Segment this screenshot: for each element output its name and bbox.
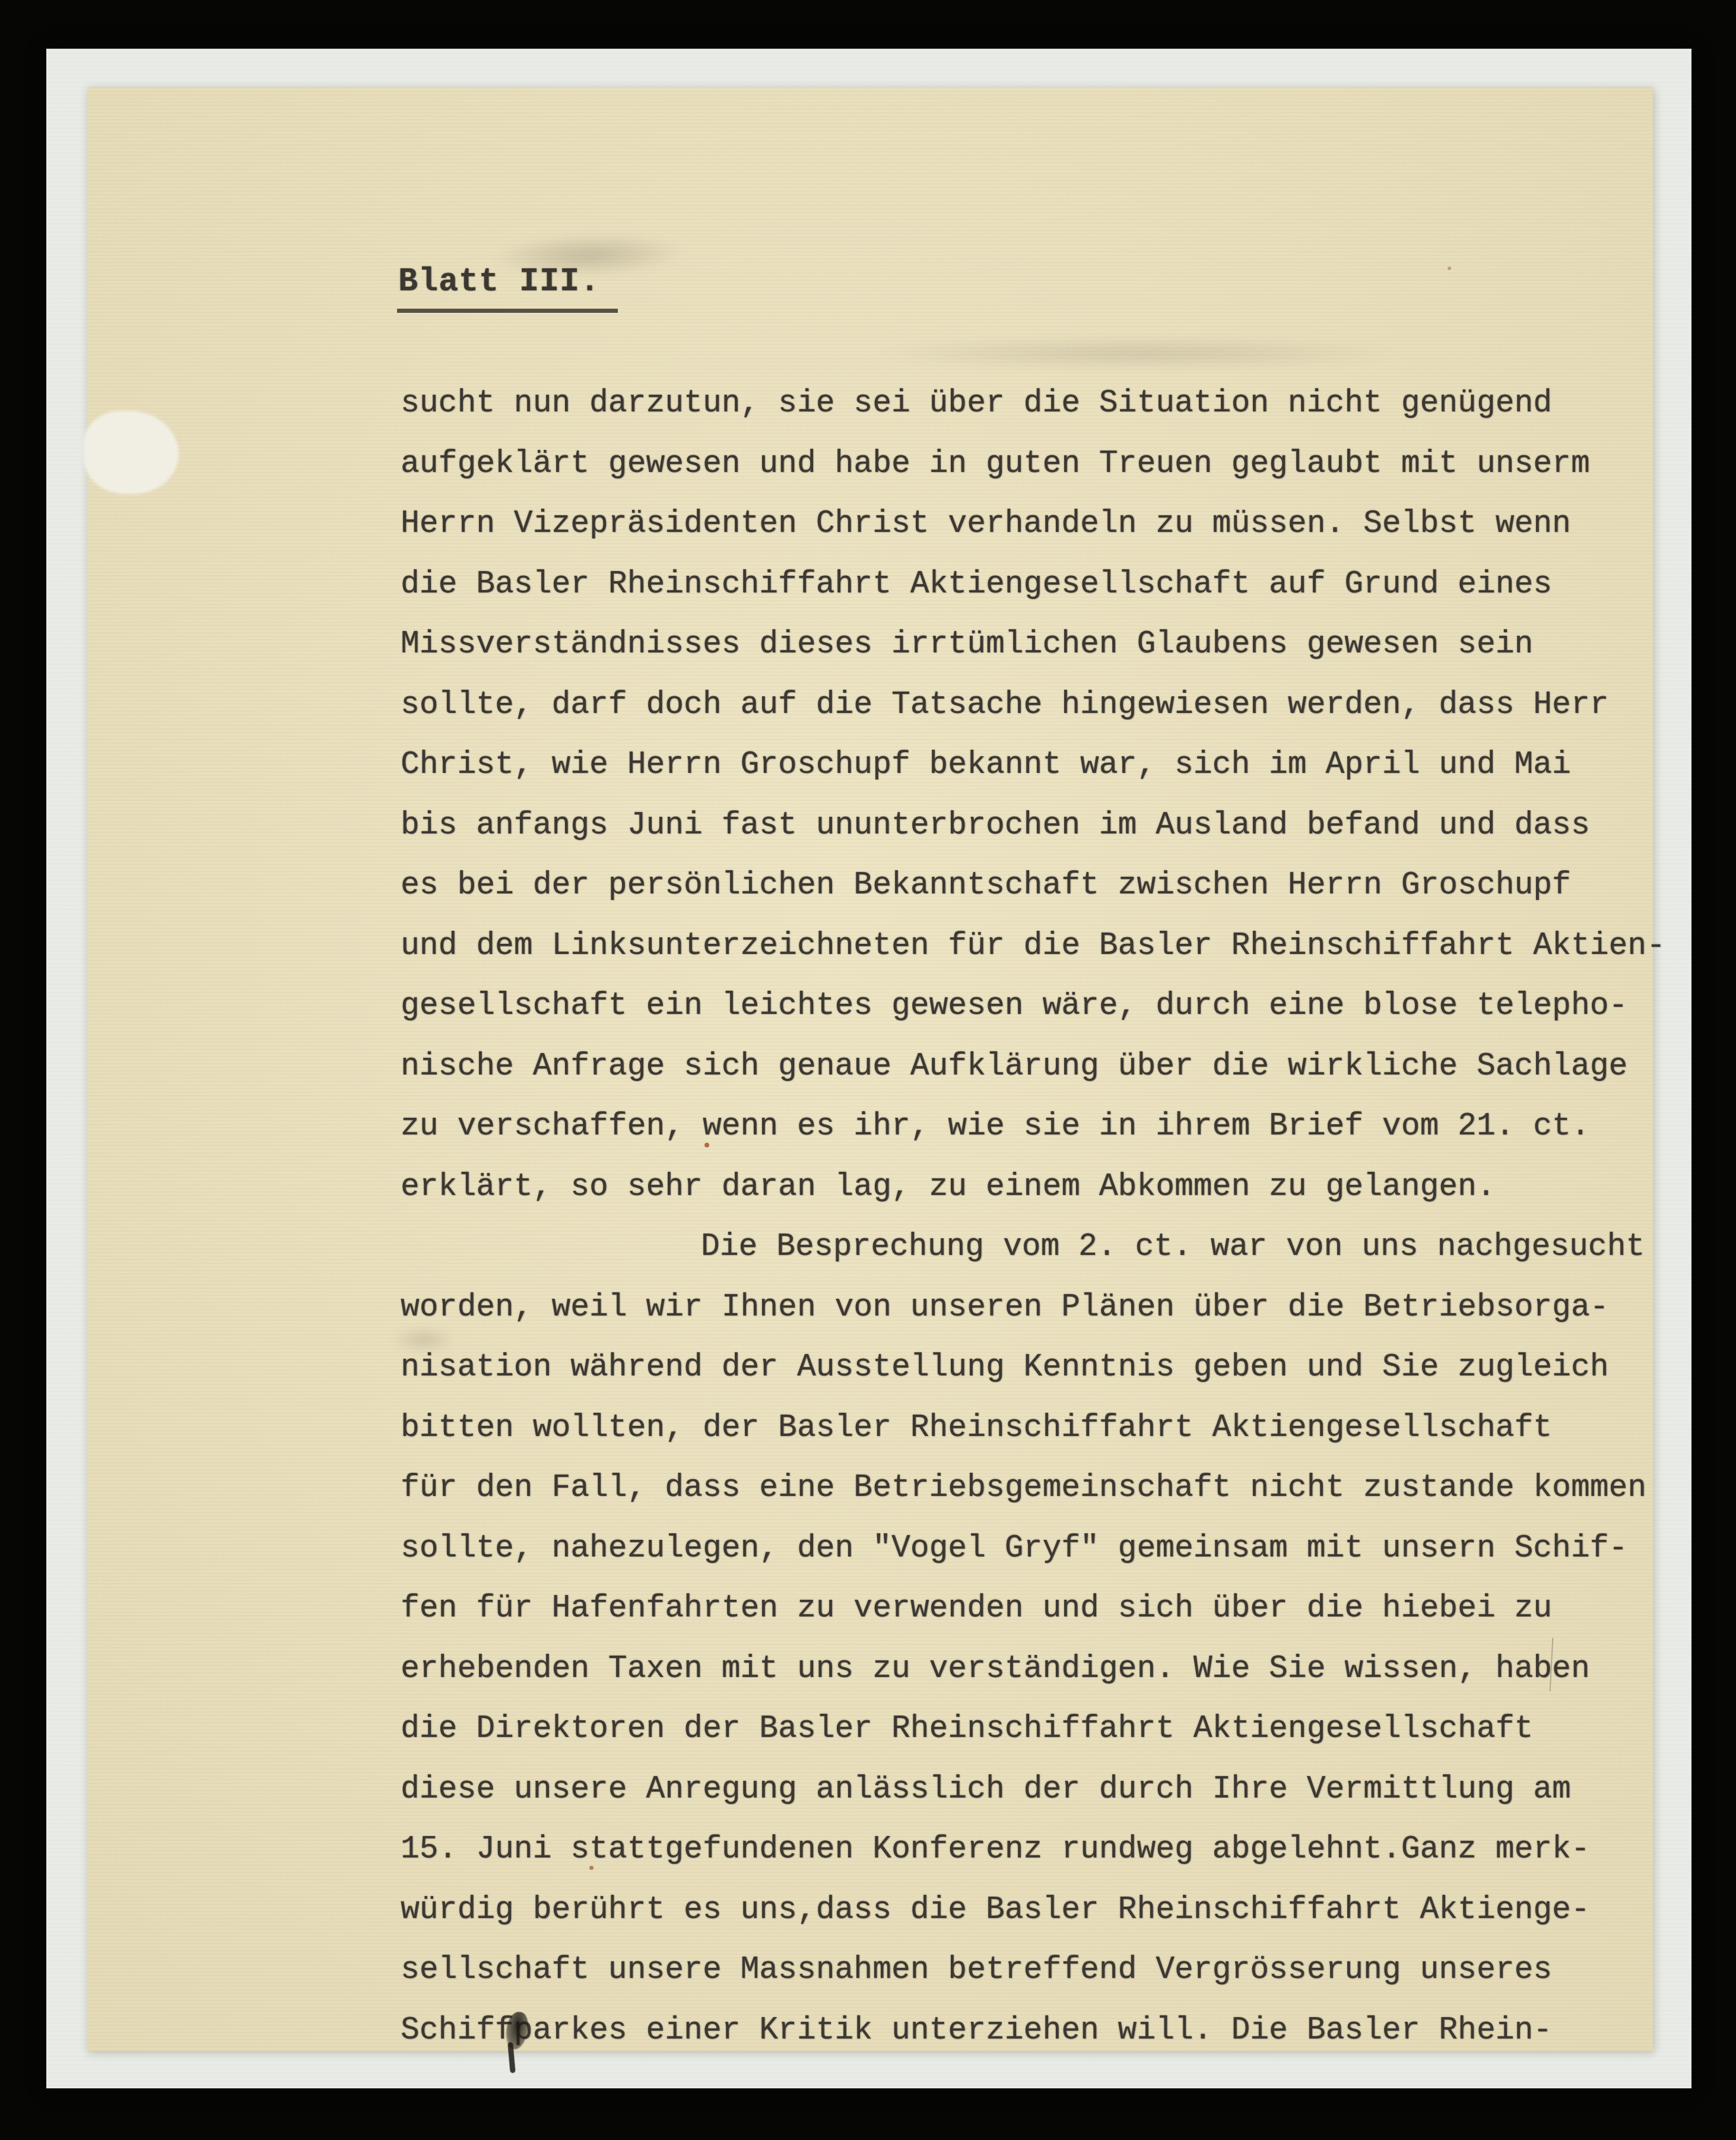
text-line: fen für Hafenfahrten zu verwenden und si… (401, 1578, 1665, 1639)
text-line: erhebenden Taxen mit uns zu verständigen… (401, 1639, 1665, 1700)
text-line: gesellschaft ein leichtes gewesen wäre, … (401, 976, 1665, 1036)
letter-page: Blatt III. sucht nun darzutun, sie sei ü… (87, 87, 1653, 2051)
text-line: nische Anfrage sich genaue Aufklärung üb… (401, 1036, 1665, 1097)
text-line: für den Fall, dass eine Betriebsgemeinsc… (401, 1458, 1665, 1518)
text-line: Missverständnisses dieses irrtümlichen G… (401, 614, 1665, 675)
text-line: und dem Linksunterzeichneten für die Bas… (401, 916, 1665, 977)
text-line: sollte, darf doch auf die Tatsache hinge… (401, 675, 1665, 735)
text-line: sucht nun darzutun, sie sei über die Sit… (401, 373, 1665, 434)
page-title: Blatt III. (397, 263, 618, 313)
text-line: bis anfangs Juni fast ununterbrochen im … (401, 795, 1665, 856)
text-line: Die Besprechung vom 2. ct. war von uns n… (401, 1217, 1665, 1277)
text-line: worden, weil wir Ihnen von unseren Pläne… (401, 1277, 1665, 1338)
text-line: nisation während der Ausstellung Kenntni… (401, 1337, 1665, 1398)
text-line: sellschaft unsere Massnahmen betreffend … (401, 1940, 1665, 2000)
text-line: die Direktoren der Basler Rheinschiffahr… (401, 1699, 1665, 1759)
backing-sheet: Blatt III. sucht nun darzutun, sie sei ü… (46, 49, 1691, 2088)
text-line: Schiffparkes einer Kritik unterziehen wi… (401, 2000, 1665, 2061)
text-line: es bei der persönlichen Bekanntschaft zw… (401, 855, 1665, 916)
text-line: sollte, nahezulegen, den "Vogel Gryf" ge… (401, 1518, 1665, 1579)
paper-damage-spot (84, 411, 179, 494)
text-line: Herrn Vizepräsidenten Christ verhandeln … (401, 494, 1665, 554)
rust-speck (1448, 267, 1451, 270)
ink-smudge (877, 337, 1399, 370)
text-line: zu verschaffen, wenn es ihr, wie sie in … (401, 1096, 1665, 1157)
text-line: aufgeklärt gewesen und habe in guten Tre… (401, 434, 1665, 494)
scan-canvas: { "palette": { "background": "#060605", … (0, 0, 1736, 2140)
text-line: bitten wollten, der Basler Rheinschiffah… (401, 1398, 1665, 1459)
text-line: würdig berührt es uns,dass die Basler Rh… (401, 1880, 1665, 1941)
text-line: Christ, wie Herrn Groschupf bekannt war,… (401, 735, 1665, 795)
text-line: die Basler Rheinschiffahrt Aktiengesells… (401, 554, 1665, 615)
text-line: 15. Juni stattgefundenen Konferenz rundw… (401, 1819, 1665, 1880)
typewritten-text: sucht nun darzutun, sie sei über die Sit… (401, 373, 1665, 2060)
text-line: erklärt, so sehr daran lag, zu einem Abk… (401, 1157, 1665, 1218)
text-line: diese unsere Anregung anlässlich der dur… (401, 1759, 1665, 1820)
